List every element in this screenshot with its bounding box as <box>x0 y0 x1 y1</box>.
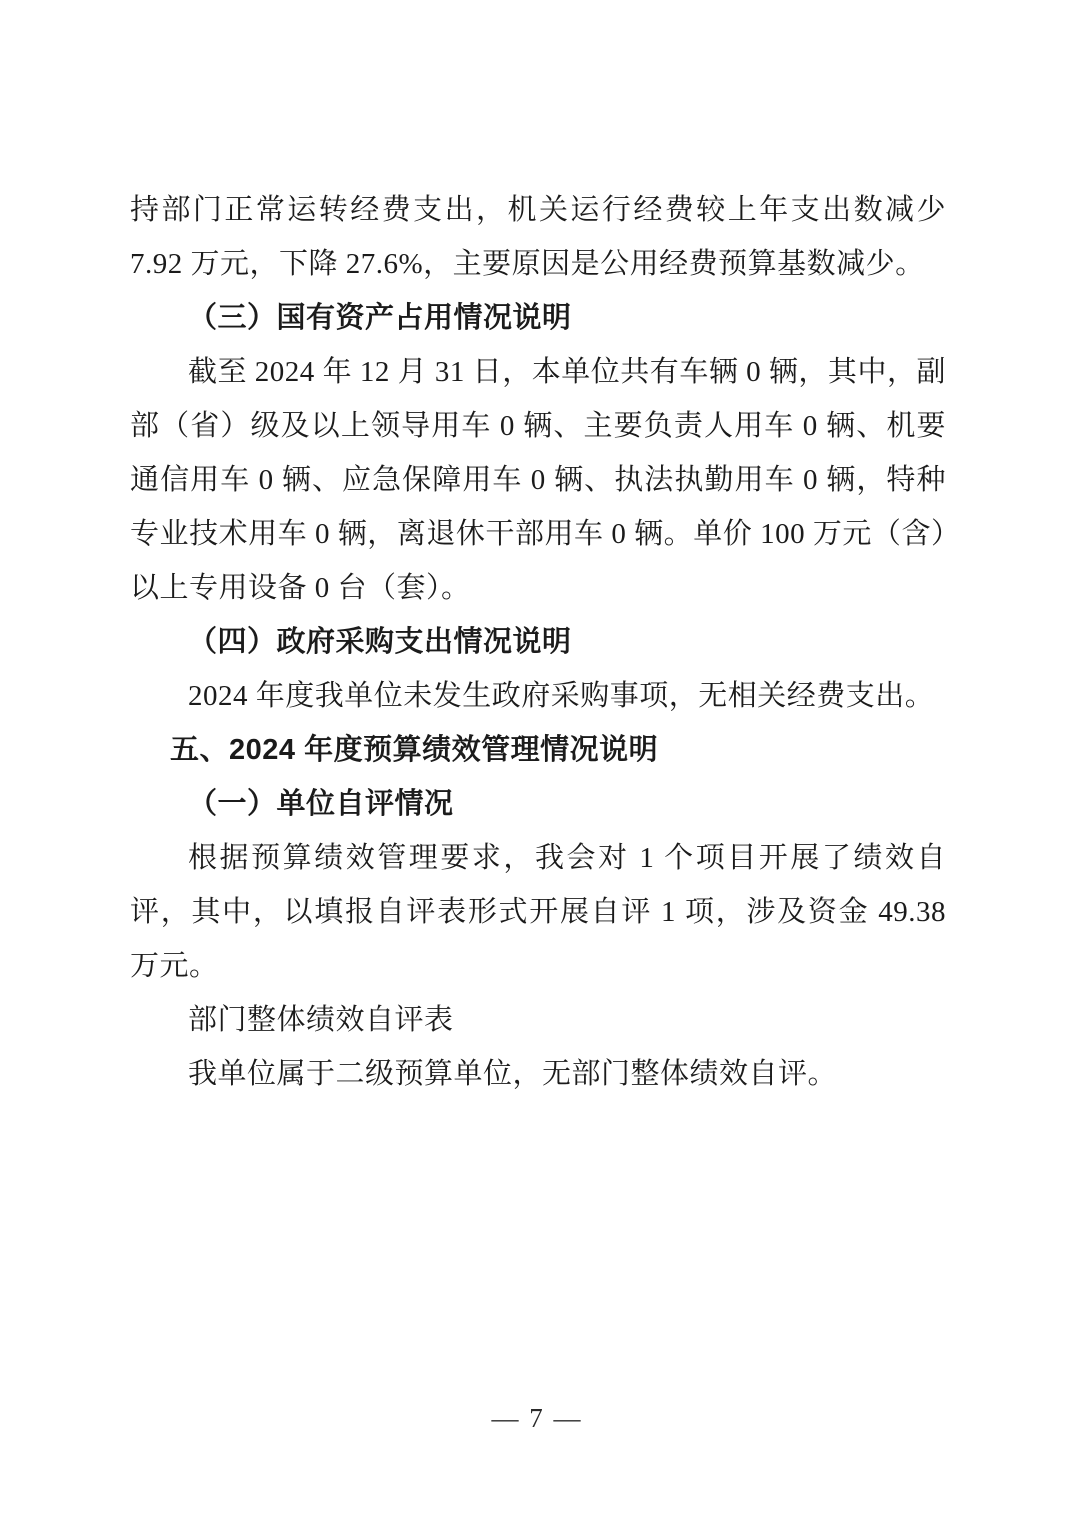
heading-state-owned-assets: （三）国有资产占用情况说明 <box>130 291 946 345</box>
paragraph-procurement-statement: 2024 年度我单位未发生政府采购事项，无相关经费支出。 <box>130 669 946 723</box>
paragraph-operating-expense-continuation: 持部门正常运转经费支出，机关运行经费较上年支出数减少 7.92 万元，下降 27… <box>130 183 946 291</box>
heading-unit-self-evaluation: （一）单位自评情况 <box>130 777 946 831</box>
heading-government-procurement: （四）政府采购支出情况说明 <box>130 615 946 669</box>
paragraph-department-performance-table-label: 部门整体绩效自评表 <box>130 993 946 1047</box>
page-content: 持部门正常运转经费支出，机关运行经费较上年支出数减少 7.92 万元，下降 27… <box>130 183 946 1101</box>
paragraph-vehicles-and-equipment: 截至 2024 年 12 月 31 日，本单位共有车辆 0 辆，其中，副部（省）… <box>130 345 946 615</box>
page-number: — 7 — <box>0 1398 1074 1438</box>
paragraph-second-level-budget-unit: 我单位属于二级预算单位，无部门整体绩效自评。 <box>130 1047 946 1101</box>
document-page: 持部门正常运转经费支出，机关运行经费较上年支出数减少 7.92 万元，下降 27… <box>0 0 1074 1520</box>
paragraph-self-evaluation-detail: 根据预算绩效管理要求，我会对 1 个项目开展了绩效自评，其中，以填报自评表形式开… <box>130 831 946 993</box>
heading-section5-budget-performance: 五、2024 年度预算绩效管理情况说明 <box>130 723 946 777</box>
